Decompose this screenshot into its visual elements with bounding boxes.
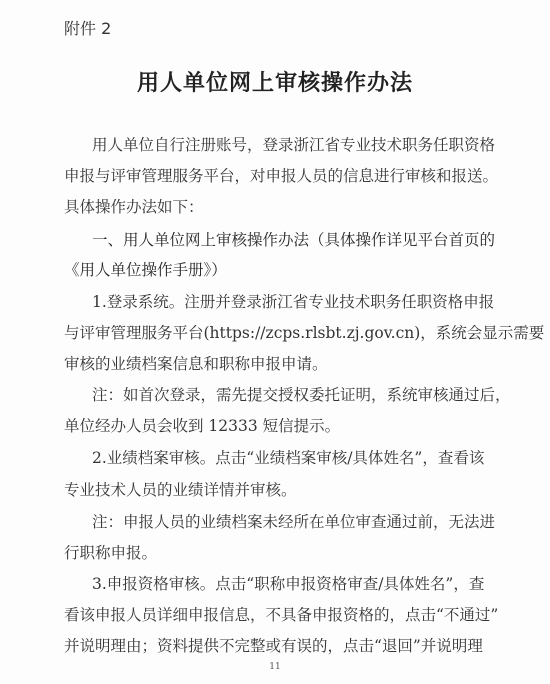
document-page: 附件 2 用人单位网上审核操作办法 用人单位自行注册账号，登录浙江省专业技术职务… bbox=[0, 0, 550, 684]
note-1-line-1: 注：如首次登录，需先提交授权委托证明，系统审核通过后， bbox=[92, 385, 462, 405]
note-2-line-1: 注：申报人员的业绩档案未经所在单位审查通过前，无法进 bbox=[92, 512, 462, 532]
paragraph-intro-line-2: 申报与评审管理服务平台，对申报人员的信息进行审核和报送。 bbox=[64, 166, 462, 186]
note-2-line-2: 行职称申报。 bbox=[64, 543, 462, 563]
step-2-line-1: 2.业绩档案审核。点击“业绩档案审核/具体姓名”，查看该 bbox=[92, 448, 462, 468]
annex-label: 附件 2 bbox=[64, 16, 111, 39]
step-3-line-2: 看该申报人员详细申报信息，不具备申报资格的，点击“不通过” bbox=[64, 605, 462, 625]
paragraph-intro-line-1: 用人单位自行注册账号，登录浙江省专业技术职务任职资格 bbox=[92, 135, 462, 155]
step-2-line-2: 专业技术人员的业绩详情并审核。 bbox=[64, 480, 462, 500]
step-3-line-1: 3.申报资格审核。点击“职称申报资格审查/具体姓名”，查 bbox=[92, 574, 462, 594]
note-1-line-2: 单位经办人员会收到 12333 短信提示。 bbox=[64, 416, 462, 436]
document-title: 用人单位网上审核操作办法 bbox=[0, 66, 550, 97]
step-3-line-3: 并说明理由；资料提供不完整或有误的，点击“退回”并说明理 bbox=[64, 636, 462, 656]
section-heading-line-2: 《用人单位操作手册》） bbox=[64, 260, 462, 280]
step-1-line-3: 审核的业绩档案信息和职称申报申请。 bbox=[64, 354, 462, 374]
step-1-line-2: 与评审管理服务平台(https://zcps.rlsbt.zj.gov.cn)，… bbox=[64, 323, 462, 343]
paragraph-intro-line-3: 具体操作办法如下： bbox=[64, 197, 462, 217]
step-1-line-1: 1.登录系统。注册并登录浙江省专业技术职务任职资格申报 bbox=[92, 292, 462, 312]
page-number: 11 bbox=[0, 662, 550, 672]
section-heading-line-1: 一、用人单位网上审核操作办法（具体操作详见平台首页的 bbox=[92, 230, 462, 250]
